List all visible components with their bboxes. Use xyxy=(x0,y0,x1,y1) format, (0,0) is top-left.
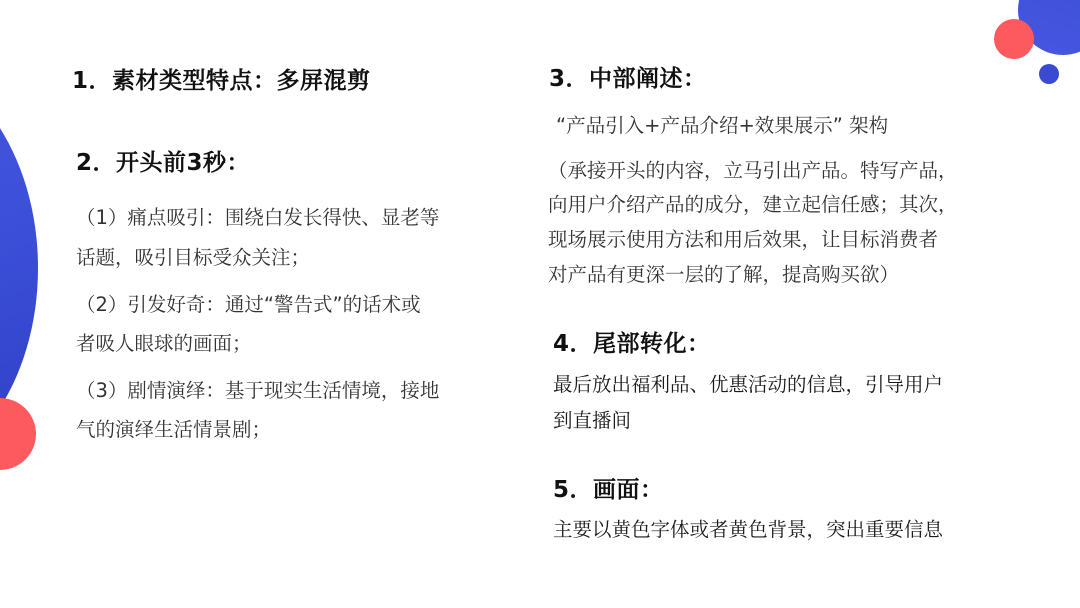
decorative-red-circle-top-right xyxy=(994,19,1034,59)
section4-line-2: 到直播间 xyxy=(553,402,631,440)
section5-line-1: 主要以黄色字体或者黄色背景，突出重要信息 xyxy=(553,511,943,549)
section3-structure: “产品引入+产品介绍+效果展示” 架构 xyxy=(556,107,888,145)
section3-line-2: 向用户介绍产品的成分，建立起信任感；其次， xyxy=(548,186,958,224)
section2-title: 2．开头前3秒： xyxy=(76,144,250,177)
section2-item-1-line-2: 话题，吸引目标受众关注； xyxy=(76,239,310,277)
section1-title: 1．素材类型特点：多屏混剪 xyxy=(72,62,371,95)
section3-line-3: 现场展示使用方法和用后效果，让目标消费者 xyxy=(548,221,938,259)
section4-title: 4．尾部转化： xyxy=(553,325,711,358)
section4-line-1: 最后放出福利品、优惠活动的信息，引导用户 xyxy=(553,366,943,404)
section3-line-4: 对产品有更深一层的了解，提高购买欲） xyxy=(548,256,899,294)
section5-title: 5．画面： xyxy=(553,471,664,504)
section3-line-1: （承接开头的内容，立马引出产品。特写产品， xyxy=(548,152,958,190)
section2-item-2-line-1: （2）引发好奇：通过“警告式”的话术或 xyxy=(76,286,421,324)
section3-title: 3．中部阐述： xyxy=(549,60,707,93)
decorative-blue-dot-top-right xyxy=(1039,64,1059,84)
section2-item-2-line-2: 者吸人眼球的画面； xyxy=(76,325,252,363)
section2-item-3-line-2: 气的演绎生活情景剧； xyxy=(76,411,271,449)
section2-item-3-line-1: （3）剧情演绎：基于现实生活情境，接地 xyxy=(76,372,439,410)
decorative-red-circle-left xyxy=(0,398,36,470)
section2-item-1-line-1: （1）痛点吸引：围绕白发长得快、显老等 xyxy=(76,199,439,237)
